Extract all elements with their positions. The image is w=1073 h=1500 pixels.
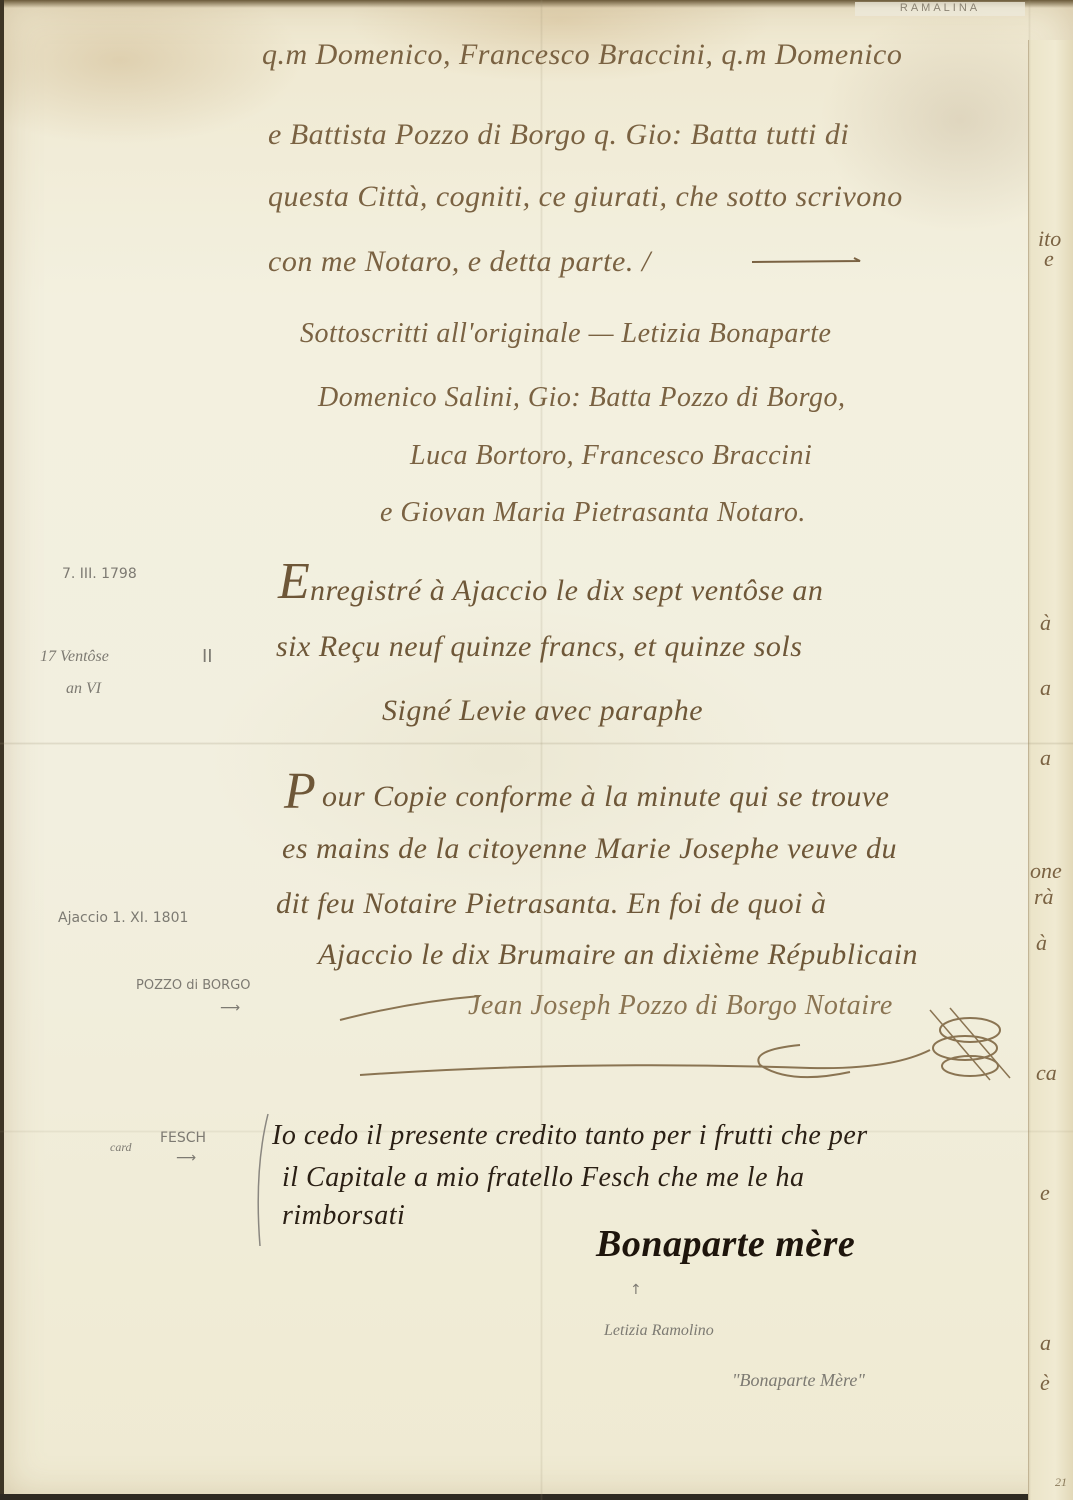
fold-line-horizontal xyxy=(0,742,1073,745)
endorsement-line-1: Io cedo il presente credito tanto per i … xyxy=(272,1120,868,1152)
endorsement-line-2: il Capitale a mio fratello Fesch che me … xyxy=(282,1162,805,1194)
line-end-flourish xyxy=(750,256,870,268)
pencil-date-1798: 7. III. 1798 xyxy=(62,566,137,582)
margin-fragment: à xyxy=(1040,610,1051,636)
margin-fragment: è xyxy=(1040,1370,1050,1396)
registration-line-1: nregistré à Ajaccio le dix sept ventôse … xyxy=(310,574,823,608)
certification-line-2: es mains de la citoyenne Marie Josephe v… xyxy=(282,832,897,866)
signatures-line-1: Sottoscritti all'originale — Letizia Bon… xyxy=(300,318,831,350)
margin-fragment: rà xyxy=(1034,884,1054,910)
margin-fragment: e xyxy=(1040,1180,1050,1206)
arrow-up-icon: ↑ xyxy=(630,1282,642,1298)
arrow-right-icon: ⟶ xyxy=(176,1150,196,1166)
margin-fragment: a xyxy=(1040,745,1051,771)
pencil-republican-date: 17 Ventôse xyxy=(40,648,109,666)
pencil-letizia-ramolino: Letizia Ramolino xyxy=(604,1322,714,1340)
registration-line-2: six Reçu neuf quinze francs, et quinze s… xyxy=(276,630,802,664)
pencil-place-date-1801: Ajaccio 1. XI. 1801 xyxy=(58,910,188,926)
pencil-republican-year: an VI xyxy=(66,680,101,698)
signatures-line-4: e Giovan Maria Pietrasanta Notaro. xyxy=(380,497,806,529)
body-line-3: questa Città, cogniti, ce giurati, che s… xyxy=(268,180,903,214)
archive-label: RAMALINA xyxy=(855,2,1025,16)
signatures-line-2: Domenico Salini, Gio: Batta Pozzo di Bor… xyxy=(318,382,846,414)
margin-fragment: a xyxy=(1040,1330,1051,1356)
certification-initial: P xyxy=(284,762,316,821)
certification-line-1: our Copie conforme à la minute qui se tr… xyxy=(322,780,889,814)
margin-fragment: a xyxy=(1040,675,1051,701)
certification-line-3: dit feu Notaire Pietrasanta. En foi de q… xyxy=(276,887,827,921)
pencil-fesch: FESCH xyxy=(160,1130,206,1146)
body-line-4: con me Notaro, e detta parte. / xyxy=(268,245,651,279)
endorsement-line-3: rimborsati xyxy=(282,1200,405,1232)
pencil-pozzo-di-borgo: POZZO di BORGO xyxy=(136,978,251,993)
registration-initial: E xyxy=(278,552,310,611)
page-number: 21 xyxy=(1055,1475,1067,1490)
pencil-card-prefix: card xyxy=(110,1140,132,1155)
certification-line-4: Ajaccio le dix Brumaire an dixième Répub… xyxy=(318,938,918,972)
arrow-right-icon: ⟶ xyxy=(220,1000,240,1016)
registration-signed: Signé Levie avec paraphe xyxy=(382,694,703,728)
pencil-bonaparte-mere-label: "Bonaparte Mère" xyxy=(732,1370,865,1391)
notary-paraph-flourish xyxy=(330,990,1030,1100)
pencil-mark: II xyxy=(202,646,213,667)
bonaparte-mere-signature: Bonaparte mère xyxy=(596,1222,855,1266)
body-line-1: q.m Domenico, Francesco Braccini, q.m Do… xyxy=(262,38,902,72)
margin-fragment: à xyxy=(1036,930,1047,956)
fold-line-right xyxy=(1028,0,1031,1500)
margin-fragment: one xyxy=(1030,858,1062,884)
page-bottom-edge xyxy=(0,1494,1073,1500)
signatures-line-3: Luca Bortoro, Francesco Braccini xyxy=(410,440,812,472)
margin-fragment: e xyxy=(1044,246,1054,272)
document-sheet xyxy=(0,0,1073,1500)
fold-line-vertical xyxy=(540,0,543,1500)
body-line-2: e Battista Pozzo di Borgo q. Gio: Batta … xyxy=(268,118,849,152)
page-left-edge xyxy=(0,0,4,1500)
endorsement-bracket xyxy=(252,1110,272,1250)
margin-fragment: ca xyxy=(1036,1060,1057,1086)
